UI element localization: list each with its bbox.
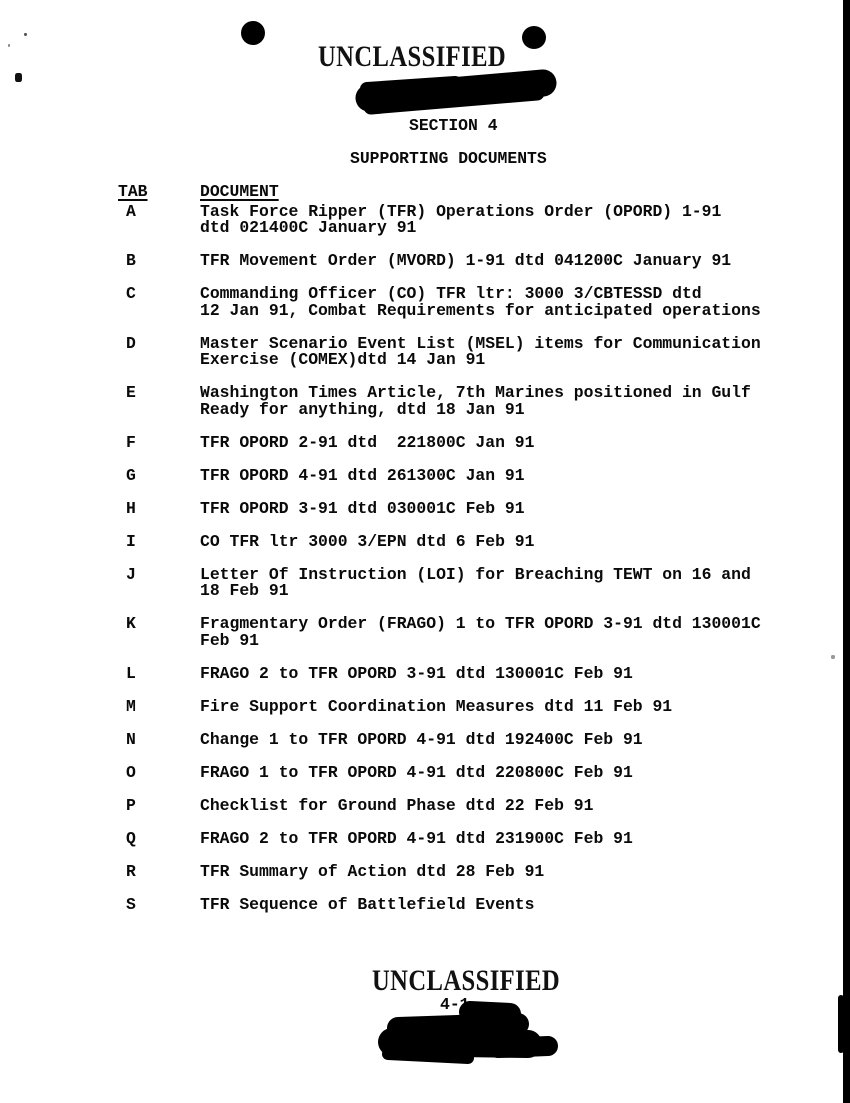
table-row: M Fire Support Coordination Measures dtd… bbox=[118, 699, 761, 716]
document-description: Master Scenario Event List (MSEL) items … bbox=[200, 336, 761, 369]
table-row: O FRAGO 1 to TFR OPORD 4-91 dtd 220800C … bbox=[118, 765, 761, 782]
tab-letter: I bbox=[118, 534, 200, 551]
document-description: TFR Movement Order (MVORD) 1-91 dtd 0412… bbox=[200, 253, 731, 270]
table-row: F TFR OPORD 2-91 dtd 221800C Jan 91 bbox=[118, 435, 761, 452]
scan-edge-artifact-bump bbox=[838, 995, 844, 1053]
table-row: Q FRAGO 2 to TFR OPORD 4-91 dtd 231900C … bbox=[118, 831, 761, 848]
table-row: K Fragmentary Order (FRAGO) 1 to TFR OPO… bbox=[118, 616, 761, 649]
redaction-mark-bottom bbox=[378, 998, 573, 1068]
document-description: FRAGO 2 to TFR OPORD 3-91 dtd 130001C Fe… bbox=[200, 666, 633, 683]
table-row: D Master Scenario Event List (MSEL) item… bbox=[118, 336, 761, 369]
table-row: C Commanding Officer (CO) TFR ltr: 3000 … bbox=[118, 286, 761, 319]
document-description: FRAGO 1 to TFR OPORD 4-91 dtd 220800C Fe… bbox=[200, 765, 633, 782]
hole-punch-mark-left bbox=[241, 21, 265, 45]
supporting-documents-table: TAB DOCUMENT A Task Force Ripper (TFR) O… bbox=[118, 184, 761, 930]
document-description: TFR OPORD 3-91 dtd 030001C Feb 91 bbox=[200, 501, 525, 518]
document-description: Washington Times Article, 7th Marines po… bbox=[200, 385, 751, 418]
tab-letter: J bbox=[118, 567, 200, 600]
document-description: Fire Support Coordination Measures dtd 1… bbox=[200, 699, 672, 716]
table-body: A Task Force Ripper (TFR) Operations Ord… bbox=[118, 204, 761, 914]
tab-letter: G bbox=[118, 468, 200, 485]
tab-letter: D bbox=[118, 336, 200, 369]
document-page: UNCLASSIFIED SECTION 4 SUPPORTING DOCUME… bbox=[0, 0, 850, 1103]
scan-edge-artifact bbox=[843, 0, 850, 1103]
document-description: Commanding Officer (CO) TFR ltr: 3000 3/… bbox=[200, 286, 761, 319]
tab-letter: Q bbox=[118, 831, 200, 848]
tab-letter: F bbox=[118, 435, 200, 452]
document-description: Checklist for Ground Phase dtd 22 Feb 91 bbox=[200, 798, 593, 815]
tab-letter: R bbox=[118, 864, 200, 881]
tab-letter: M bbox=[118, 699, 200, 716]
table-row: G TFR OPORD 4-91 dtd 261300C Jan 91 bbox=[118, 468, 761, 485]
tab-letter: A bbox=[118, 204, 200, 237]
document-description: Fragmentary Order (FRAGO) 1 to TFR OPORD… bbox=[200, 616, 761, 649]
table-row: I CO TFR ltr 3000 3/EPN dtd 6 Feb 91 bbox=[118, 534, 761, 551]
scan-speck bbox=[15, 73, 22, 82]
table-header-row: TAB DOCUMENT bbox=[118, 184, 761, 201]
document-description: TFR OPORD 4-91 dtd 261300C Jan 91 bbox=[200, 468, 525, 485]
column-header-document: DOCUMENT bbox=[200, 184, 279, 201]
table-row: J Letter Of Instruction (LOI) for Breach… bbox=[118, 567, 761, 600]
column-header-tab: TAB bbox=[118, 184, 200, 201]
tab-letter: P bbox=[118, 798, 200, 815]
section-subtitle: SUPPORTING DOCUMENTS bbox=[350, 151, 547, 168]
tab-letter: K bbox=[118, 616, 200, 649]
table-row: S TFR Sequence of Battlefield Events bbox=[118, 897, 761, 914]
tab-letter: E bbox=[118, 385, 200, 418]
tab-letter: L bbox=[118, 666, 200, 683]
table-row: N Change 1 to TFR OPORD 4-91 dtd 192400C… bbox=[118, 732, 761, 749]
scan-speck bbox=[831, 655, 835, 659]
table-row: B TFR Movement Order (MVORD) 1-91 dtd 04… bbox=[118, 253, 761, 270]
tab-letter: O bbox=[118, 765, 200, 782]
scan-speck bbox=[24, 33, 27, 36]
table-row: H TFR OPORD 3-91 dtd 030001C Feb 91 bbox=[118, 501, 761, 518]
document-description: Task Force Ripper (TFR) Operations Order… bbox=[200, 204, 721, 237]
table-row: R TFR Summary of Action dtd 28 Feb 91 bbox=[118, 864, 761, 881]
document-description: TFR OPORD 2-91 dtd 221800C Jan 91 bbox=[200, 435, 534, 452]
table-row: A Task Force Ripper (TFR) Operations Ord… bbox=[118, 204, 761, 237]
tab-letter: B bbox=[118, 253, 200, 270]
tab-letter: C bbox=[118, 286, 200, 319]
section-title: SECTION 4 bbox=[409, 118, 498, 135]
tab-letter: S bbox=[118, 897, 200, 914]
table-row: P Checklist for Ground Phase dtd 22 Feb … bbox=[118, 798, 761, 815]
document-description: CO TFR ltr 3000 3/EPN dtd 6 Feb 91 bbox=[200, 534, 534, 551]
document-description: Letter Of Instruction (LOI) for Breachin… bbox=[200, 567, 751, 600]
classification-banner-bottom: UNCLASSIFIED bbox=[372, 966, 560, 996]
table-row: L FRAGO 2 to TFR OPORD 3-91 dtd 130001C … bbox=[118, 666, 761, 683]
scan-speck bbox=[8, 44, 10, 47]
redaction-mark-top bbox=[355, 65, 560, 123]
document-description: Change 1 to TFR OPORD 4-91 dtd 192400C F… bbox=[200, 732, 643, 749]
document-description: FRAGO 2 to TFR OPORD 4-91 dtd 231900C Fe… bbox=[200, 831, 633, 848]
table-row: E Washington Times Article, 7th Marines … bbox=[118, 385, 761, 418]
tab-letter: H bbox=[118, 501, 200, 518]
document-description: TFR Sequence of Battlefield Events bbox=[200, 897, 534, 914]
tab-letter: N bbox=[118, 732, 200, 749]
document-description: TFR Summary of Action dtd 28 Feb 91 bbox=[200, 864, 544, 881]
hole-punch-mark-right bbox=[522, 26, 546, 49]
